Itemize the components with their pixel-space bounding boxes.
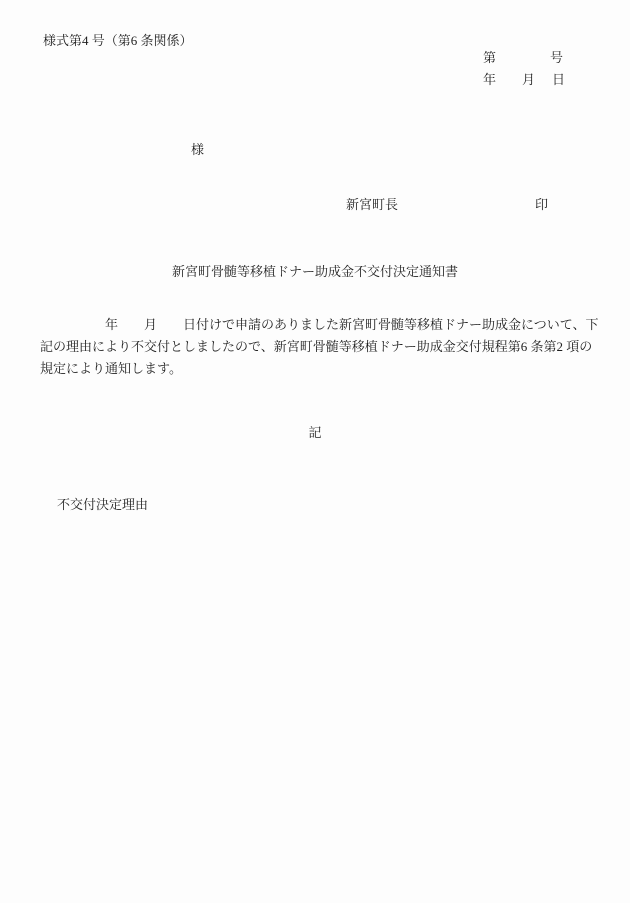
document-page: 様式第4 号（第6 条関係） 第 号 年 月 日 様 新宮町長 印 新宮町骨髄等… [0,0,630,903]
addressee-honorific: 様 [191,142,204,158]
date-year-label: 年 [483,72,496,88]
body-line: 記の理由により不交付としましたので、新宮町骨髄等移植ドナー助成金交付規程第6 条… [40,336,595,358]
date-day-label: 日 [552,72,565,88]
issuer-title: 新宮町長 [346,197,398,213]
doc-number-prefix: 第 [483,50,496,66]
record-marker: 記 [0,425,630,441]
date-month-label: 月 [522,72,535,88]
body-paragraph: 年 月 日付けで申請のありました新宮町骨髄等移植ドナー助成金について、下 記の理… [40,314,595,380]
body-line: 規定により通知します。 [40,358,595,380]
form-number-label: 様式第4 号（第6 条関係） [43,33,193,49]
body-line: 年 月 日付けで申請のありました新宮町骨髄等移植ドナー助成金について、下 [40,314,595,336]
rejection-reason-heading: 不交付決定理由 [57,497,148,513]
doc-number-suffix: 号 [550,50,563,66]
document-title: 新宮町骨髄等移植ドナー助成金不交付決定通知書 [0,264,630,280]
seal-mark: 印 [535,197,548,213]
